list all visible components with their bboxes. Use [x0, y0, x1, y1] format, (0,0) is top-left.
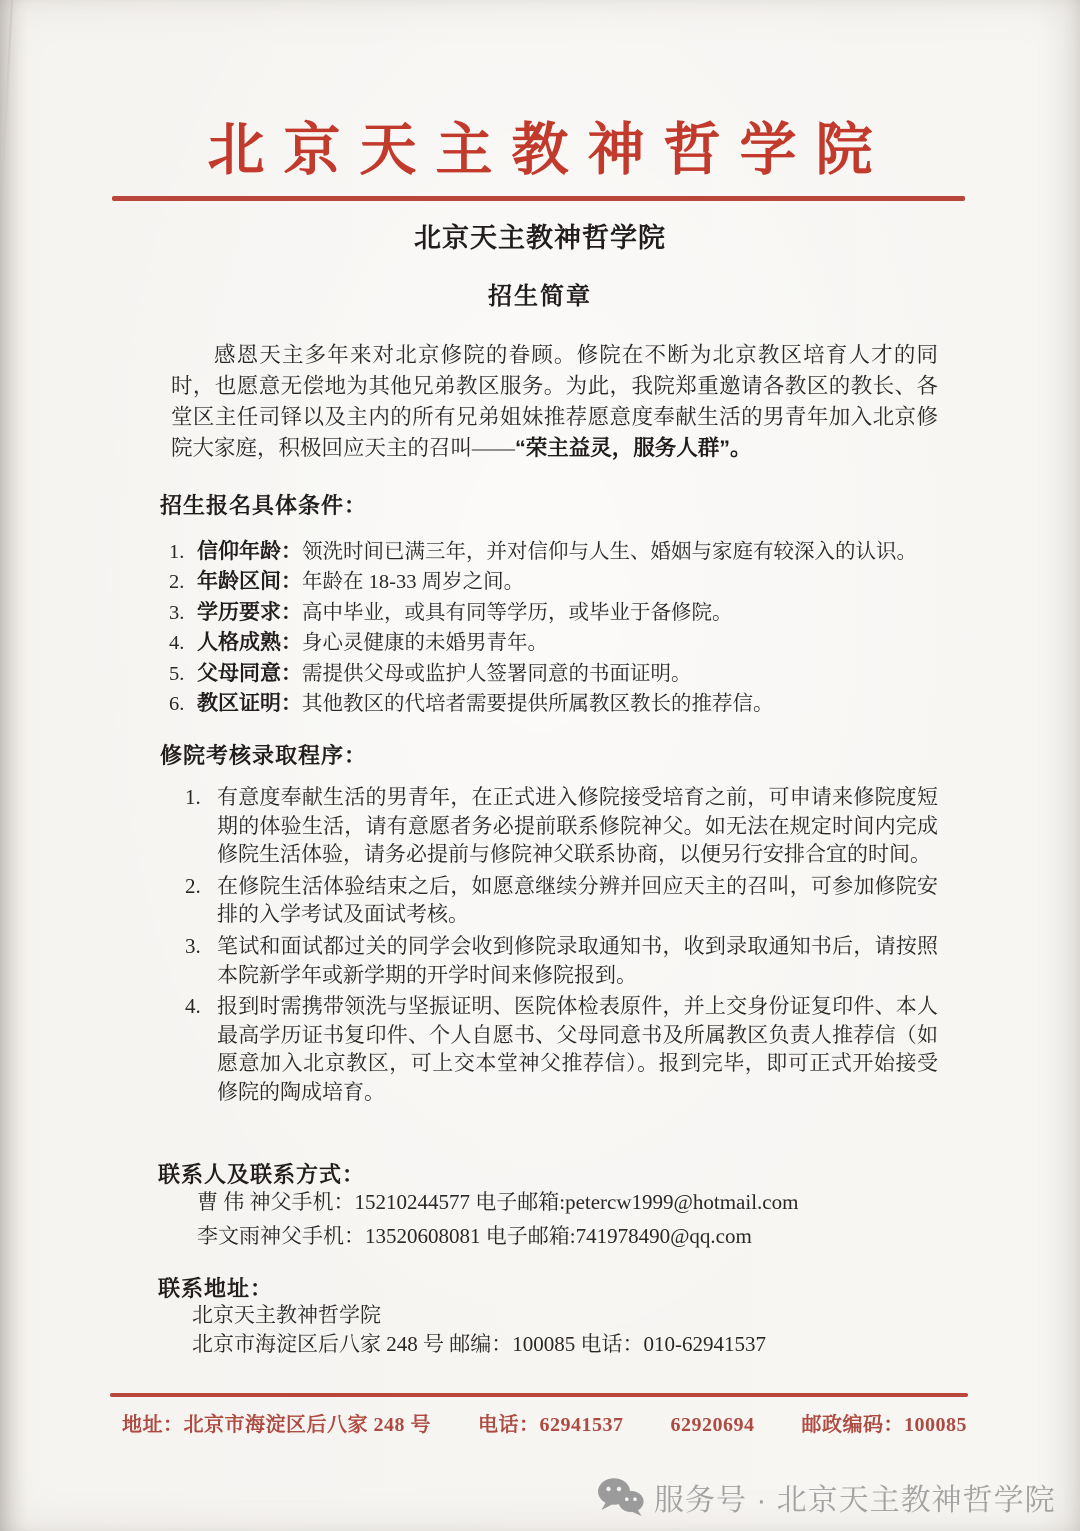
address-lines: 北京天主教神哲学院 北京市海淀区后八家 248 号 邮编：100085 电话：0…: [192, 1301, 766, 1359]
procedure-item: 4.报到时需携带领洗与坚振证明、医院体检表原件，并上交身份证复印件、本人最高学历…: [185, 992, 938, 1106]
condition-label: 信仰年龄：: [197, 540, 302, 563]
wechat-icon: [597, 1477, 645, 1517]
condition-number: 2.: [169, 567, 184, 597]
procedure-text: 在修院生活体验结束之后，如愿意继续分辨并回应天主的召叫，可参加修院安排的入学考试…: [217, 874, 938, 927]
condition-number: 6.: [169, 689, 184, 719]
footer-phone: 电话：62941537: [478, 1408, 624, 1437]
condition-label: 年龄区间：: [197, 570, 302, 593]
wechat-account-label: 服务号 · 北京天主教神哲学院: [654, 1475, 1056, 1519]
condition-label: 学历要求：: [197, 601, 302, 624]
contact-line: 曹 伟 神父手机：15210244577 电子邮箱:petercw1999@ho…: [197, 1185, 798, 1219]
document-title: 北京天主教神哲学院: [0, 216, 1080, 255]
wechat-account-bar: 服务号 · 北京天主教神哲学院: [597, 1475, 1056, 1519]
document-subtitle: 招生简章: [0, 276, 1080, 311]
procedure-text: 有意度奉献生活的男青年，在正式进入修院接受培育之前，可申请来修院度短期的体验生活…: [217, 785, 938, 866]
condition-text: 其他教区的代培者需要提供所属教区教长的推荐信。: [302, 693, 774, 715]
condition-number: 1.: [169, 537, 184, 567]
conditions-heading: 招生报名具体条件：: [160, 489, 367, 520]
footer-phone2: 62920694: [671, 1414, 755, 1437]
condition-label: 父母同意：: [197, 662, 302, 685]
condition-label: 人格成熟：: [197, 631, 302, 654]
letterhead-title: 北京天主教神哲学院: [0, 121, 1080, 181]
condition-item: 3.学历要求：高中毕业，或具有同等学历，或毕业于备修院。: [169, 598, 969, 628]
footer-address: 地址：北京市海淀区后八家 248 号: [122, 1408, 431, 1437]
footer-info-row: 地址：北京市海淀区后八家 248 号 电话：62941537 62920694 …: [122, 1408, 967, 1437]
condition-text: 身心灵健康的未婚男青年。: [302, 632, 548, 654]
footer-rule: [110, 1393, 968, 1397]
contact-lines: 曹 伟 神父手机：15210244577 电子邮箱:petercw1999@ho…: [197, 1185, 798, 1253]
procedure-item: 1.有意度奉献生活的男青年，在正式进入修院接受培育之前，可申请来修院度短期的体验…: [185, 783, 938, 869]
intro-motto: “荣主益灵，服务人群”。: [515, 436, 752, 460]
letterhead-rule: [112, 196, 965, 201]
procedure-item: 2.在修院生活体验结束之后，如愿意继续分辨并回应天主的召叫，可参加修院安排的入学…: [185, 872, 938, 929]
condition-item: 6.教区证明：其他教区的代培者需要提供所属教区教长的推荐信。: [169, 689, 969, 719]
condition-label: 教区证明：: [197, 692, 302, 715]
procedure-number: 2.: [185, 872, 201, 901]
condition-item: 2.年龄区间：年龄在 18-33 周岁之间。: [169, 567, 969, 597]
address-heading: 联系地址：: [158, 1272, 273, 1303]
address-line: 北京天主教神哲学院: [192, 1301, 766, 1330]
procedure-item: 3.笔试和面试都过关的同学会收到修院录取通知书，收到录取通知书后，请按照本院新学…: [185, 932, 938, 989]
intro-paragraph: 感恩天主多年来对北京修院的眷顾。修院在不断为北京教区培育人才的同时，也愿意无偿地…: [171, 340, 938, 464]
condition-text: 年龄在 18-33 周岁之间。: [302, 571, 524, 593]
procedure-text: 报到时需携带领洗与坚振证明、医院体检表原件，并上交身份证复印件、本人最高学历证书…: [217, 994, 938, 1104]
condition-text: 领洗时间已满三年，并对信仰与人生、婚姻与家庭有较深入的认识。: [302, 541, 917, 563]
condition-number: 4.: [169, 628, 184, 658]
procedure-heading: 修院考核录取程序：: [160, 739, 367, 770]
condition-item: 4.人格成熟：身心灵健康的未婚男青年。: [169, 628, 969, 658]
address-line: 北京市海淀区后八家 248 号 邮编：100085 电话：010-6294153…: [192, 1330, 766, 1359]
condition-text: 高中毕业，或具有同等学历，或毕业于备修院。: [302, 602, 733, 624]
condition-text: 需提供父母或监护人签署同意的书面证明。: [302, 663, 692, 685]
procedure-list: 1.有意度奉献生活的男青年，在正式进入修院接受培育之前，可申请来修院度短期的体验…: [185, 783, 938, 1110]
condition-item: 1.信仰年龄：领洗时间已满三年，并对信仰与人生、婚姻与家庭有较深入的认识。: [169, 537, 969, 567]
condition-number: 3.: [169, 598, 184, 628]
procedure-number: 3.: [185, 932, 201, 961]
condition-item: 5.父母同意：需提供父母或监护人签署同意的书面证明。: [169, 659, 969, 689]
footer-postcode: 邮政编码：100085: [802, 1408, 968, 1437]
contact-line: 李文雨神父手机：13520608081 电子邮箱:741978490@qq.co…: [197, 1219, 798, 1253]
procedure-number: 4.: [185, 992, 201, 1021]
condition-number: 5.: [169, 659, 184, 689]
procedure-number: 1.: [185, 783, 201, 812]
procedure-text: 笔试和面试都过关的同学会收到修院录取通知书，收到录取通知书后，请按照本院新学年或…: [217, 934, 938, 987]
conditions-list: 1.信仰年龄：领洗时间已满三年，并对信仰与人生、婚姻与家庭有较深入的认识。 2.…: [169, 537, 969, 719]
